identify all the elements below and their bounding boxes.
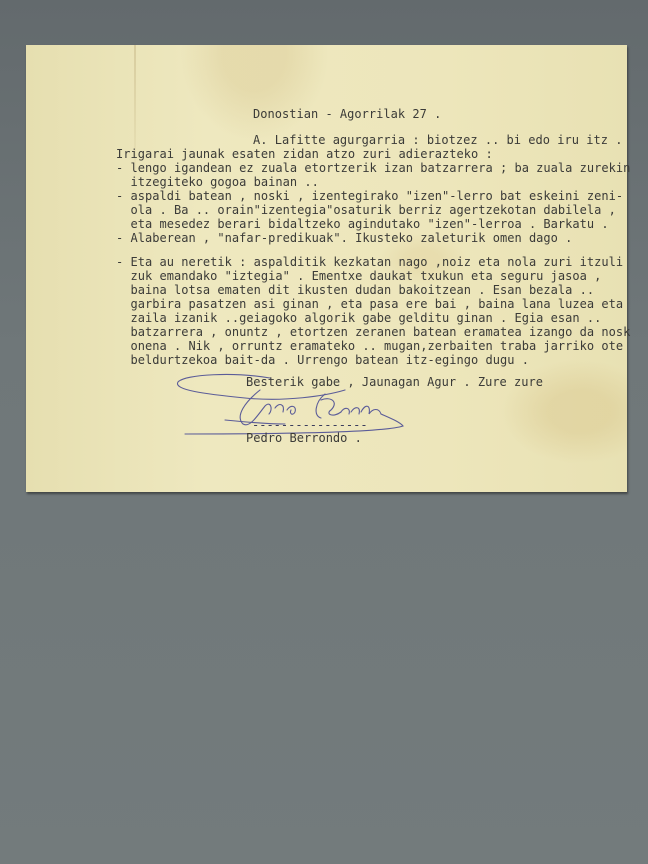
- body-line: - Alaberean , "nafar-predikuak". Ikustek…: [116, 231, 572, 245]
- body-line: ola . Ba .. orain"izentegia"osaturik ber…: [116, 203, 616, 217]
- typed-signature: Pedro Berrondo .: [246, 431, 362, 445]
- body-line: eta mesedez berari bidaltzeko agindutako…: [116, 217, 609, 231]
- body-line: - lengo igandean ez zuala etortzerik iza…: [116, 161, 630, 175]
- body-line: garbira pasatzen asi ginan , eta pasa er…: [116, 297, 623, 311]
- letter-dateline: Donostian - Agorrilak 27 .: [253, 107, 441, 121]
- body-line: baina lotsa ematen dit ikusten dudan bak…: [116, 283, 594, 297]
- body-line: itzegiteko gogoa bainan ..: [116, 175, 319, 189]
- body-line: zuk emandako "iztegia" . Ementxe daukat …: [116, 269, 601, 283]
- body-line: beldurtzekoa bait-da . Urrengo batean it…: [116, 353, 529, 367]
- body-line: zaila izanik ..geiagoko algorik gabe gel…: [116, 311, 601, 325]
- body-line: - aspaldi batean , noski , izentegirako …: [116, 189, 623, 203]
- body-line: batzarrera , onuntz , etortzen zeranen b…: [116, 325, 630, 339]
- body-line: - Eta au neretik : aspalditik kezkatan n…: [116, 255, 623, 269]
- body-line: Irigarai jaunak esaten zidan atzo zuri a…: [116, 147, 493, 161]
- signature-underline: ----------------: [252, 418, 368, 432]
- letter-salutation: A. Lafitte agurgarria : biotzez .. bi ed…: [253, 133, 622, 147]
- body-line: onena . Nik , orruntz eramateko .. mugan…: [116, 339, 623, 353]
